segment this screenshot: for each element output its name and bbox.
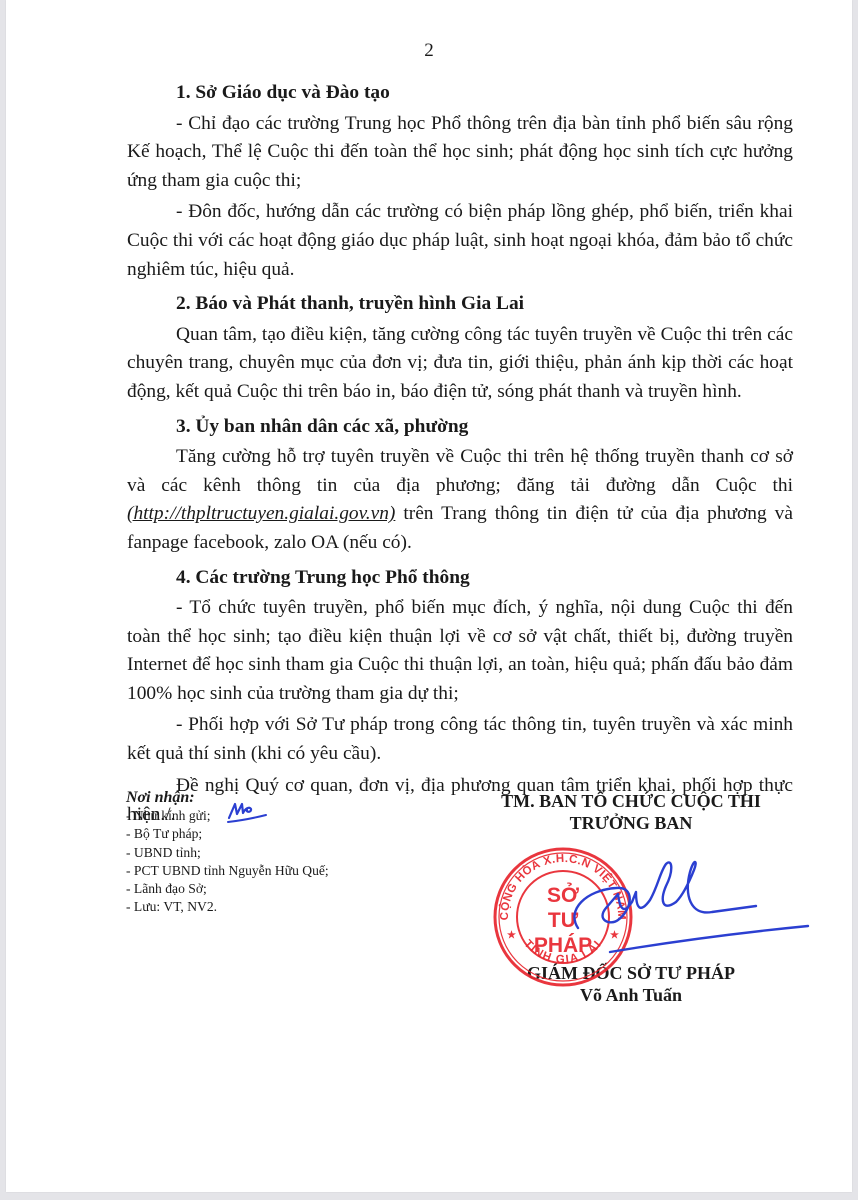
svg-text:★: ★: [507, 930, 516, 941]
section-paragraph: Tăng cường hỗ trợ tuyên truyền về Cuộc t…: [127, 443, 793, 560]
contest-link[interactable]: (http://thpltructuyen.gialai.gov.vn): [127, 503, 395, 524]
recipient-item: - Lưu: VT, NV2.: [126, 898, 446, 916]
recipients-list: Nơi nhận: - Như kính gửi; - Bộ Tư pháp; …: [126, 788, 446, 917]
section-heading-education: 1. Sở Giáo dục và Đào tạo: [127, 76, 793, 110]
recipient-item: - UBND tỉnh;: [126, 844, 446, 862]
section-paragraph: Quan tâm, tạo điều kiện, tăng cường công…: [127, 321, 793, 410]
section-paragraph: - Tổ chức tuyên truyền, phổ biến mục đíc…: [127, 594, 793, 711]
document-page: 2 1. Sở Giáo dục và Đào tạo - Chỉ đạo cá…: [6, 0, 852, 1192]
section-paragraph: - Phối hợp với Sở Tư pháp trong công tác…: [127, 711, 793, 771]
document-body: 1. Sở Giáo dục và Đào tạo - Chỉ đạo các …: [127, 76, 793, 837]
paragraph-text: Tăng cường hỗ trợ tuyên truyền về Cuộc t…: [127, 446, 793, 496]
handwritten-signature-icon: [566, 850, 816, 960]
section-heading-high-schools: 4. Các trường Trung học Phổ thông: [127, 561, 793, 595]
section-heading-broadcasting: 2. Báo và Phát thanh, truyền hình Gia La…: [127, 287, 793, 321]
recipient-item: - PCT UBND tỉnh Nguyễn Hữu Quế;: [126, 862, 446, 880]
recipient-item: - Lãnh đạo Sở;: [126, 880, 446, 898]
signature-position-line: TRƯỞNG BAN: [461, 812, 801, 834]
section-paragraph: - Chỉ đạo các trường Trung học Phổ thông…: [127, 110, 793, 199]
recipients-title: Nơi nhận:: [126, 788, 446, 807]
recipient-item: - Bộ Tư pháp;: [126, 825, 446, 843]
page-number: 2: [6, 40, 852, 62]
section-paragraph: - Đôn đốc, hướng dẫn các trường có biện …: [127, 198, 793, 287]
recipient-item: - Như kính gửi;: [126, 807, 446, 825]
signature-block: TM. BAN TỔ CHỨC CUỘC THI TRƯỞNG BAN GIÁM…: [461, 790, 801, 834]
signature-authority-line: TM. BAN TỔ CHỨC CUỘC THI: [461, 790, 801, 812]
section-heading-commune-committees: 3. Ủy ban nhân dân các xã, phường: [127, 410, 793, 444]
